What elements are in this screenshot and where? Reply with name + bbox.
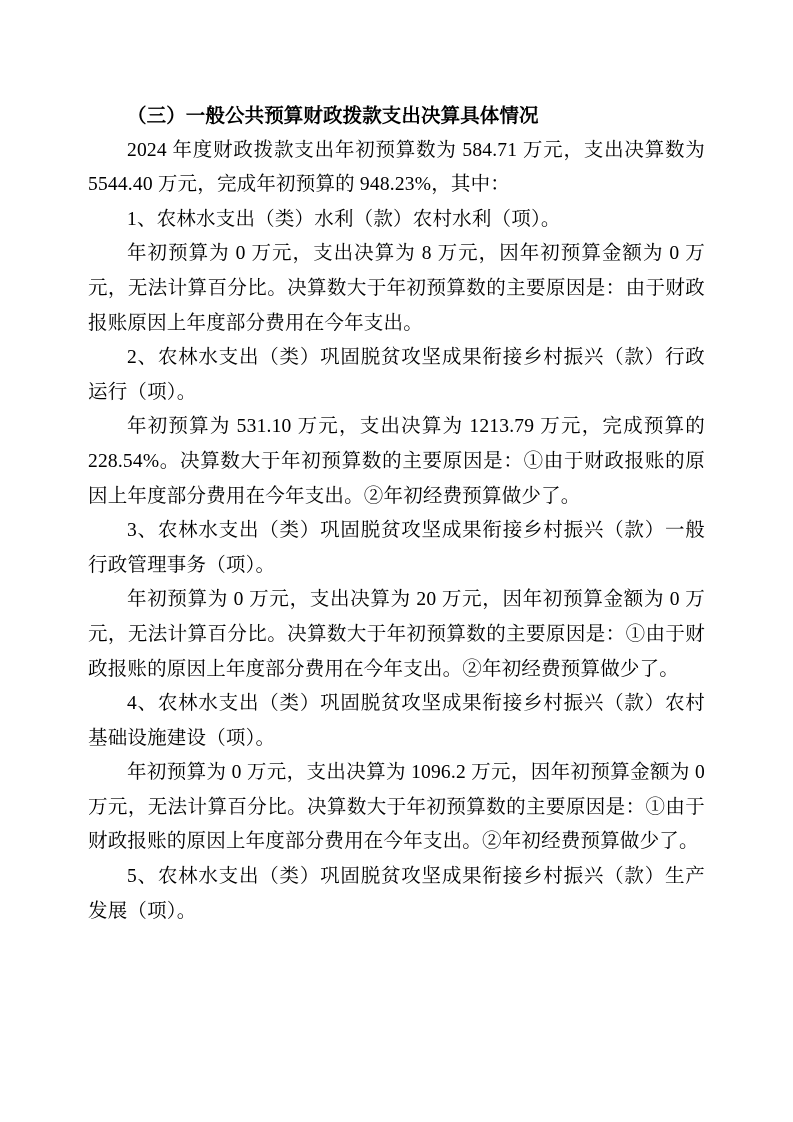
item-1-title: 1、农林水支出（类）水利（款）农村水利（项）。 [88, 203, 705, 238]
item-3-title: 3、农林水支出（类）巩固脱贫攻坚成果衔接乡村振兴（款）一般行政管理事务（项）。 [88, 514, 705, 583]
item-1-detail: 年初预算为 0 万元，支出决算为 8 万元，因年初预算金额为 0 万元，无法计算… [88, 237, 705, 341]
item-2-detail: 年初预算为 531.10 万元，支出决算为 1213.79 万元，完成预算的 2… [88, 410, 705, 514]
document-page: （三）一般公共预算财政拨款支出决算具体情况 2024 年度财政拨款支出年初预算数… [0, 0, 793, 1122]
document-body: （三）一般公共预算财政拨款支出决算具体情况 2024 年度财政拨款支出年初预算数… [88, 99, 705, 929]
section-heading: （三）一般公共预算财政拨款支出决算具体情况 [88, 99, 705, 134]
item-2-title: 2、农林水支出（类）巩固脱贫攻坚成果衔接乡村振兴（款）行政运行（项）。 [88, 341, 705, 410]
overview-paragraph: 2024 年度财政拨款支出年初预算数为 584.71 万元，支出决算数为 554… [88, 134, 705, 203]
item-4-title: 4、农林水支出（类）巩固脱贫攻坚成果衔接乡村振兴（款）农村基础设施建设（项）。 [88, 687, 705, 756]
item-3-detail: 年初预算为 0 万元，支出决算为 20 万元，因年初预算金额为 0 万元，无法计… [88, 583, 705, 687]
item-4-detail: 年初预算为 0 万元，支出决算为 1096.2 万元，因年初预算金额为 0 万元… [88, 756, 705, 860]
item-5-title: 5、农林水支出（类）巩固脱贫攻坚成果衔接乡村振兴（款）生产发展（项）。 [88, 860, 705, 929]
